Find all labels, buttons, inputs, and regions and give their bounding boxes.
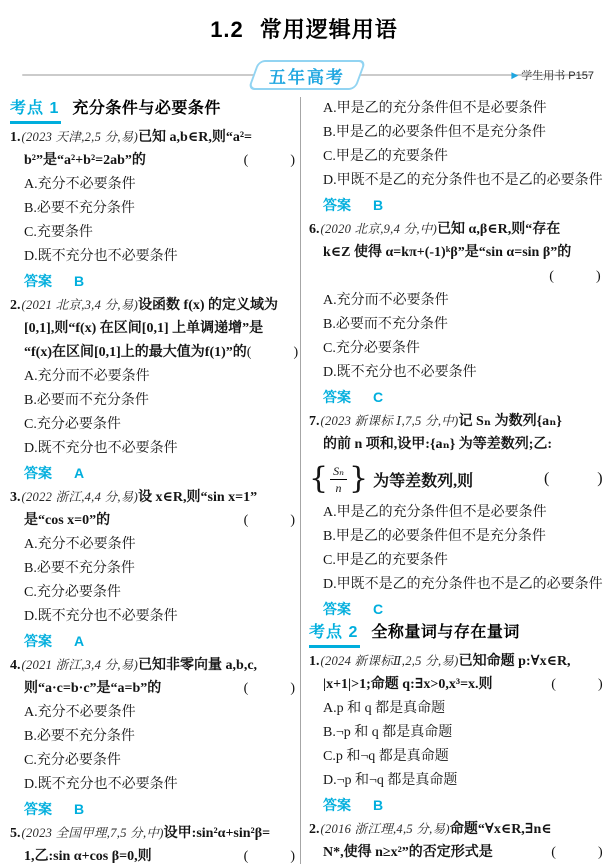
option-b: B.甲是乙的必要条件但不是充分条件	[309, 525, 603, 549]
two-column-layout: 考点 1 充分条件与必要条件 1.(2023 天津,2,5 分,易)已知 a,b…	[10, 97, 596, 864]
topic-heading-1: 考点 1 充分条件与必要条件	[10, 97, 295, 123]
answer-blank-parens: ( )	[551, 841, 602, 864]
question-stem: 的前 n 项和,设甲:{aₙ} 为等差数列;乙:	[323, 437, 552, 452]
option-label: D.甲既不是乙的充分条件也不是乙的必要条件	[323, 577, 603, 592]
answer-blank-parens: ( )	[244, 677, 295, 701]
page-title: 1.2常用逻辑用语	[0, 0, 608, 44]
option-label: C.充分必要条件	[24, 417, 121, 432]
option-label: B.必要不充分条件	[24, 201, 135, 216]
option-c: C.充要条件	[10, 221, 295, 245]
question-stem: |x+1|>1;命题 q:∃x>0,x³=x.则	[323, 673, 493, 697]
option-c: C.充分必要条件	[10, 413, 295, 437]
option-a: A.充分而不必要条件	[10, 365, 295, 389]
option-label: A.充分而不必要条件	[24, 369, 150, 384]
answer-value: C	[373, 389, 383, 405]
option-label: B.必要不充分条件	[24, 729, 135, 744]
section-badge: 五年高考	[248, 60, 367, 90]
question-number: 2.	[10, 298, 21, 313]
option-label: C.充分必要条件	[24, 585, 121, 600]
answer-blank-parens: ( )	[551, 673, 602, 697]
option-b: B.必要而不充分条件	[309, 313, 603, 337]
answer-line: 答案C	[309, 597, 603, 621]
option-label: B.¬p 和 q 都是真命题	[323, 725, 452, 740]
option-label: A.充分而不必要条件	[323, 293, 449, 308]
option-b: B.必要不充分条件	[10, 725, 295, 749]
option-label: C.p 和¬q 都是真命题	[323, 749, 449, 764]
option-b: B.¬p 和 q 都是真命题	[309, 721, 603, 745]
option-a: A.p 和 q 都是真命题	[309, 697, 603, 721]
question-line: 1.(2024 新课标Ⅱ,2,5 分,易)已知命题 p:∀x∈R,	[309, 649, 603, 673]
option-c: C.充分必要条件	[309, 337, 603, 361]
question-line: 1.(2023 天津,2,5 分,易)已知 a,b∈R,则“a²=	[10, 125, 295, 149]
option-label: B.必要而不充分条件	[323, 317, 448, 332]
topic-heading-2: 考点 2 全称量词与存在量词	[309, 621, 603, 647]
option-a: A.充分不必要条件	[10, 173, 295, 197]
option-label: D.既不充分也不必要条件	[24, 777, 178, 792]
answer-label: 答案	[323, 601, 351, 617]
answer-blank-parens: ( )	[544, 470, 603, 488]
answer-value: C	[373, 601, 383, 617]
question-number: 1.	[309, 654, 320, 669]
question-line: k∈Z 使得 α=kπ+(-1)ᵏβ”是“sin α=sin β”的	[309, 241, 603, 265]
question-stem: 记 Sₙ 为数列{aₙ}	[459, 414, 562, 429]
option-c: C.甲是乙的充要条件	[309, 549, 603, 573]
question-stem: b²”是“a²+b²=2ab”的	[24, 149, 146, 173]
fraction-denominator: n	[336, 480, 342, 494]
option-d: D.既不充分也不必要条件	[309, 361, 603, 385]
question-line: 2.(2016 浙江理,4,5 分,易)命题“∀x∈R,∃n∈	[309, 817, 603, 841]
answer-value: B	[373, 797, 383, 813]
answer-label: 答案	[24, 633, 52, 649]
option-label: D.既不充分也不必要条件	[24, 249, 178, 264]
answer-line: 答案B	[10, 797, 295, 821]
option-b: B.甲是乙的必要条件但不是充分条件	[309, 121, 603, 145]
answer-label: 答案	[323, 797, 351, 813]
question-line: 4.(2021 浙江,3,4 分,易)已知非零向量 a,b,c,	[10, 653, 295, 677]
option-a: A.甲是乙的充分条件但不是必要条件	[309, 501, 603, 525]
option-d: D.既不充分也不必要条件	[10, 437, 295, 461]
option-label: A.p 和 q 都是真命题	[323, 701, 445, 716]
question-source: (2023 天津,2,5 分,易)	[22, 130, 139, 144]
option-d: D.甲既不是乙的充分条件也不是乙的必要条件	[309, 573, 603, 597]
question-stem: 设函数 f(x) 的定义域为	[138, 298, 278, 313]
option-b: B.必要而不充分条件	[10, 389, 295, 413]
option-label: B.甲是乙的必要条件但不是充分条件	[323, 529, 546, 544]
option-label: A.充分不必要条件	[24, 705, 136, 720]
answer-label: 答案	[323, 197, 351, 213]
answer-blank-parens: ( )	[549, 269, 600, 284]
question-stem: 设 x∈R,则“sin x=1”	[138, 490, 257, 505]
question-line: 5.(2023 全国甲理,7,5 分,中)设甲:sin²α+sin²β=	[10, 821, 295, 845]
question-source: (2016 浙江理,4,5 分,易)	[321, 822, 450, 836]
topic-title: 充分条件与必要条件	[72, 97, 221, 121]
question-source: (2023 全国甲理,7,5 分,中)	[22, 826, 164, 840]
option-label: C.甲是乙的充要条件	[323, 553, 448, 568]
option-label: B.甲是乙的必要条件但不是充分条件	[323, 125, 546, 140]
option-label: D.甲既不是乙的充分条件也不是乙的必要条件	[323, 173, 603, 188]
option-c: C.充分必要条件	[10, 749, 295, 773]
option-d: D.甲既不是乙的充分条件也不是乙的必要条件	[309, 169, 603, 193]
answer-label: 答案	[323, 389, 351, 405]
option-label: A.甲是乙的充分条件但不是必要条件	[323, 505, 547, 520]
question-number: 7.	[309, 414, 320, 429]
option-a: A.充分不必要条件	[10, 533, 295, 557]
question-line: [0,1],则“f(x) 在区间[0,1] 上单调递增”是	[10, 317, 295, 341]
fraction-expression: { Sₙn } 为等差数列,则	[309, 464, 473, 494]
question-number: 6.	[309, 222, 320, 237]
section-banner: 五年高考 ▶ 学生用书 P157	[0, 59, 608, 93]
option-a: A.充分不必要条件	[10, 701, 295, 725]
question-line: |x+1|>1;命题 q:∃x>0,x³=x.则( )	[309, 673, 603, 697]
arrowhead-icon: ▶	[511, 71, 518, 80]
answer-blank-parens: ( )	[244, 149, 295, 173]
option-d: D.既不充分也不必要条件	[10, 245, 295, 269]
open-brace: {	[309, 464, 328, 494]
option-label: A.充分不必要条件	[24, 537, 136, 552]
option-b: B.必要不充分条件	[10, 197, 295, 221]
option-d: D.既不充分也不必要条件	[10, 773, 295, 797]
page-reference: ▶ 学生用书 P157	[511, 67, 594, 83]
option-label: D.既不充分也不必要条件	[323, 365, 477, 380]
close-brace: }	[349, 464, 368, 494]
question-line: 的前 n 项和,设甲:{aₙ} 为等差数列;乙:	[309, 433, 603, 457]
question-stem: N*,使得 n≥x²”的否定形式是	[323, 841, 493, 864]
question-stem: 为等差数列,则	[373, 468, 473, 491]
question-number: 3.	[10, 490, 21, 505]
answer-blank-parens: ( )	[244, 845, 295, 864]
option-label: D.¬p 和¬q 都是真命题	[323, 773, 457, 788]
option-label: A.充分不必要条件	[24, 177, 136, 192]
question-stem: 设甲:sin²α+sin²β=	[164, 826, 270, 841]
question-stem: k∈Z 使得 α=kπ+(-1)ᵏβ”是“sin α=sin β”的	[323, 245, 571, 260]
question-line: 6.(2020 北京,9,4 分,中)已知 α,β∈R,则“存在	[309, 217, 603, 241]
option-b: B.必要不充分条件	[10, 557, 295, 581]
answer-label: 答案	[24, 465, 52, 481]
answer-value: B	[373, 197, 383, 213]
answer-line: 答案A	[10, 461, 295, 485]
option-d: D.¬p 和¬q 都是真命题	[309, 769, 603, 793]
answer-value: B	[74, 273, 84, 289]
option-c: C.p 和¬q 都是真命题	[309, 745, 603, 769]
question-stem: 已知 α,β∈R,则“存在	[437, 222, 560, 237]
question-stem: 是“cos x=0”的	[24, 509, 110, 533]
answer-line: 答案C	[309, 385, 603, 409]
option-label: D.既不充分也不必要条件	[24, 441, 178, 456]
question-line: b²”是“a²+b²=2ab”的( )	[10, 149, 295, 173]
question-stem: “f(x)在区间[0,1]上的最大值为f(1)”的	[24, 341, 247, 365]
answer-line: 答案A	[10, 629, 295, 653]
answer-line: 答案B	[309, 193, 603, 217]
option-a: A.甲是乙的充分条件但不是必要条件	[309, 97, 603, 121]
question-source: (2023 新课标 Ⅰ,7,5 分,中)	[321, 414, 459, 428]
answer-value: A	[74, 633, 84, 649]
option-label: C.甲是乙的充要条件	[323, 149, 448, 164]
fraction: Sₙn	[330, 465, 347, 494]
topic-badge: 考点 2	[309, 621, 360, 648]
question-stem: [0,1],则“f(x) 在区间[0,1] 上单调递增”是	[24, 321, 263, 336]
question-stem: 已知非零向量 a,b,c,	[138, 658, 257, 673]
question-number: 5.	[10, 826, 21, 841]
option-label: B.必要不充分条件	[24, 561, 135, 576]
answer-label: 答案	[24, 801, 52, 817]
option-label: C.充要条件	[24, 225, 93, 240]
option-label: B.必要而不充分条件	[24, 393, 149, 408]
left-column: 考点 1 充分条件与必要条件 1.(2023 天津,2,5 分,易)已知 a,b…	[10, 97, 300, 864]
answer-value: A	[74, 465, 84, 481]
option-label: C.充分必要条件	[24, 753, 121, 768]
topic-title: 全称量词与存在量词	[371, 621, 520, 645]
answer-value: B	[74, 801, 84, 817]
question-number: 4.	[10, 658, 21, 673]
question-line-fraction: { Sₙn } 为等差数列,则 ( )	[309, 457, 603, 501]
fraction-numerator: Sₙ	[330, 465, 347, 480]
question-stem: 已知命题 p:∀x∈R,	[459, 654, 571, 669]
chapter-number: 1.2	[210, 17, 244, 42]
question-stem: 已知 a,b∈R,则“a²=	[138, 130, 252, 145]
question-source: (2024 新课标Ⅱ,2,5 分,易)	[321, 654, 459, 668]
question-stem: 命题“∀x∈R,∃n∈	[450, 822, 552, 837]
option-label: D.既不充分也不必要条件	[24, 609, 178, 624]
question-number: 2.	[309, 822, 320, 837]
topic-badge: 考点 1	[10, 97, 61, 124]
question-source: (2021 北京,3,4 分,易)	[22, 298, 139, 312]
question-line: 2.(2021 北京,3,4 分,易)设函数 f(x) 的定义域为	[10, 293, 295, 317]
question-line: 1,乙:sin α+cos β=0,则( )	[10, 845, 295, 864]
textbook-page: 1.2常用逻辑用语 五年高考 ▶ 学生用书 P157 考点 1 充分条件与必要条…	[0, 0, 608, 864]
answer-blank-parens: ( )	[244, 509, 295, 533]
question-line: 3.(2022 浙江,4,4 分,易)设 x∈R,则“sin x=1”	[10, 485, 295, 509]
option-a: A.充分而不必要条件	[309, 289, 603, 313]
option-label: A.甲是乙的充分条件但不是必要条件	[323, 101, 547, 116]
question-source: (2021 浙江,3,4 分,易)	[22, 658, 139, 672]
question-stem: 1,乙:sin α+cos β=0,则	[24, 845, 152, 864]
question-line: N*,使得 n≥x²”的否定形式是( )	[309, 841, 603, 864]
question-line: 则“a·c=b·c”是“a=b”的( )	[10, 677, 295, 701]
question-source: (2022 浙江,4,4 分,易)	[22, 490, 139, 504]
question-stem: 则“a·c=b·c”是“a=b”的	[24, 677, 161, 701]
question-line: 7.(2023 新课标 Ⅰ,7,5 分,中)记 Sₙ 为数列{aₙ}	[309, 409, 603, 433]
page-reference-label: 学生用书 P157	[521, 67, 594, 83]
option-label: C.充分必要条件	[323, 341, 420, 356]
section-badge-label: 五年高考	[269, 63, 345, 88]
option-d: D.既不充分也不必要条件	[10, 605, 295, 629]
question-number: 1.	[10, 130, 21, 145]
option-c: C.甲是乙的充要条件	[309, 145, 603, 169]
question-line: “f(x)在区间[0,1]上的最大值为f(1)”的( )	[10, 341, 295, 365]
question-line: 是“cos x=0”的( )	[10, 509, 295, 533]
answer-blank-parens: ( )	[247, 341, 298, 365]
question-source: (2020 北京,9,4 分,中)	[321, 222, 438, 236]
answer-line: 答案B	[10, 269, 295, 293]
chapter-title: 常用逻辑用语	[260, 17, 398, 42]
option-c: C.充分必要条件	[10, 581, 295, 605]
answer-line: 答案B	[309, 793, 603, 817]
answer-label: 答案	[24, 273, 52, 289]
question-line: ( )	[309, 265, 603, 289]
right-column: A.甲是乙的充分条件但不是必要条件 B.甲是乙的必要条件但不是充分条件 C.甲是…	[300, 97, 603, 864]
